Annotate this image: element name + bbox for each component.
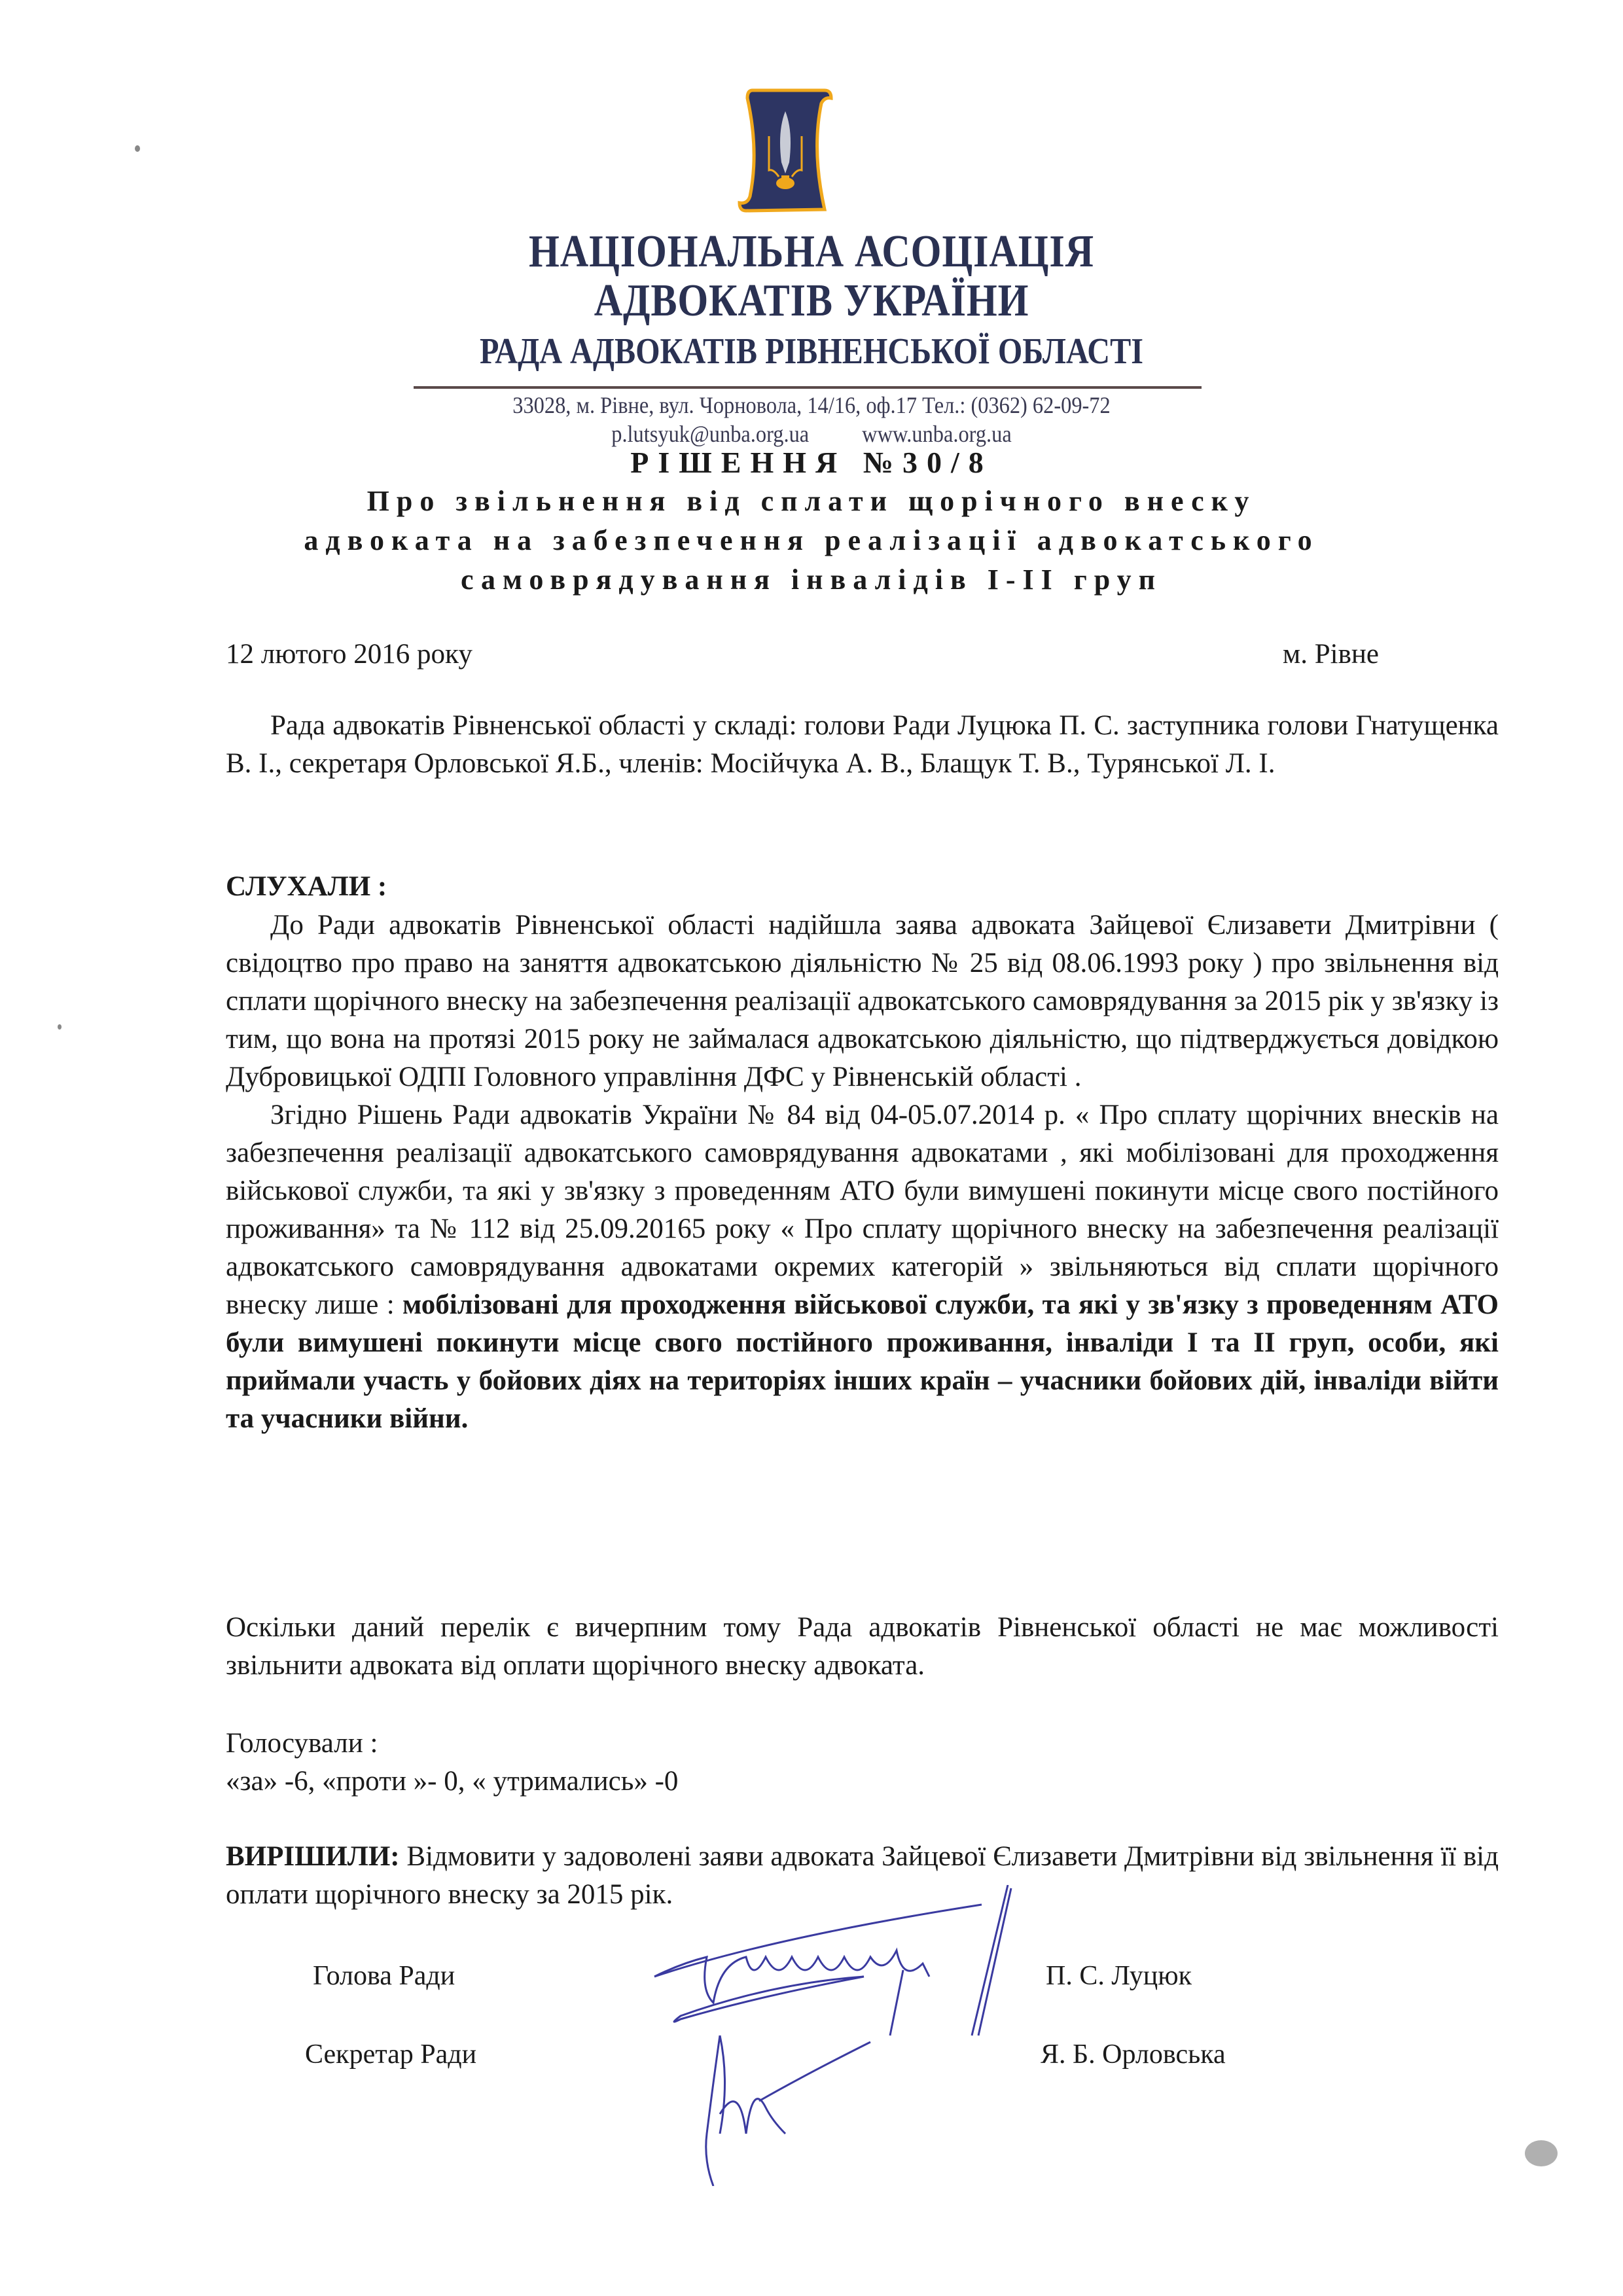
decision-subject-line: Про звільнення від сплати щорічного внес… [0,484,1623,518]
contacts: p.lutsyuk@unba.org.uawww.unba.org.ua [81,420,1542,448]
scan-smudge [1525,2140,1558,2166]
signature-role-secretary: Секретар Ради [305,2039,476,2070]
exempt-categories: мобілізовані для проходження військової … [226,1289,1499,1434]
voting-section: Голосували : «за» -6, «проти »- 0, « утр… [226,1725,1499,1801]
heard-paragraph-1: До Ради адвокатів Рівненської області на… [226,906,1499,1096]
voting-label: Голосували : [226,1725,1499,1763]
decision-subject-line: адвоката на забезпечення реалізації адво… [0,524,1623,557]
council-composition: Рада адвокатів Рівненської області у скл… [226,707,1499,783]
scan-speck [58,1024,62,1030]
decision-city: м. Рівне [1283,638,1379,670]
resolved-label: ВИРІШИЛИ: [226,1841,400,1872]
signature-role-chair: Голова Ради [313,1960,455,1992]
scan-speck [135,145,140,152]
org-name-line1: НАЦІОНАЛЬНА АСОЦІАЦІЯ [114,226,1510,278]
council-name: РАДА АДВОКАТІВ РІВНЕНСЬКОЇ ОБЛАСТІ [114,331,1510,372]
unba-logo-icon [733,85,838,216]
conclusion-section: Оскільки даний перелік є вичерпним тому … [226,1609,1499,1685]
decision-subject-line: самоврядування інвалідів I-II груп [0,563,1623,596]
signature-name-secretary: Я. Б. Орловська [1041,2039,1226,2070]
address: 33028, м. Рівне, вул. Чорновола, 14/16, … [81,391,1542,419]
handwritten-signatures-icon [641,1885,1021,2186]
composition-text: Рада адвокатів Рівненської області у скл… [226,707,1499,783]
website-link[interactable]: www.unba.org.ua [862,421,1012,447]
org-name-line2: АДВОКАТІВ УКРАЇНИ [114,275,1510,327]
signature-name-chair: П. С. Луцюк [1046,1960,1192,1992]
email-link[interactable]: p.lutsyuk@unba.org.ua [611,421,809,447]
letterhead-divider [414,386,1202,389]
regulation-text: Згідно Рішень Ради адвокатів України № 8… [226,1100,1499,1320]
heard-section: До Ради адвокатів Рівненської області на… [226,906,1499,1438]
voting-result: «за» -6, «проти »- 0, « утримались» -0 [226,1763,1499,1801]
decision-title: РІШЕННЯ №30/8 [0,445,1623,480]
decision-date: 12 лютого 2016 року [226,638,473,670]
heard-paragraph-2: Згідно Рішень Ради адвокатів України № 8… [226,1096,1499,1438]
heard-label: СЛУХАЛИ : [226,870,387,903]
conclusion-text: Оскільки даний перелік є вичерпним тому … [226,1609,1499,1685]
